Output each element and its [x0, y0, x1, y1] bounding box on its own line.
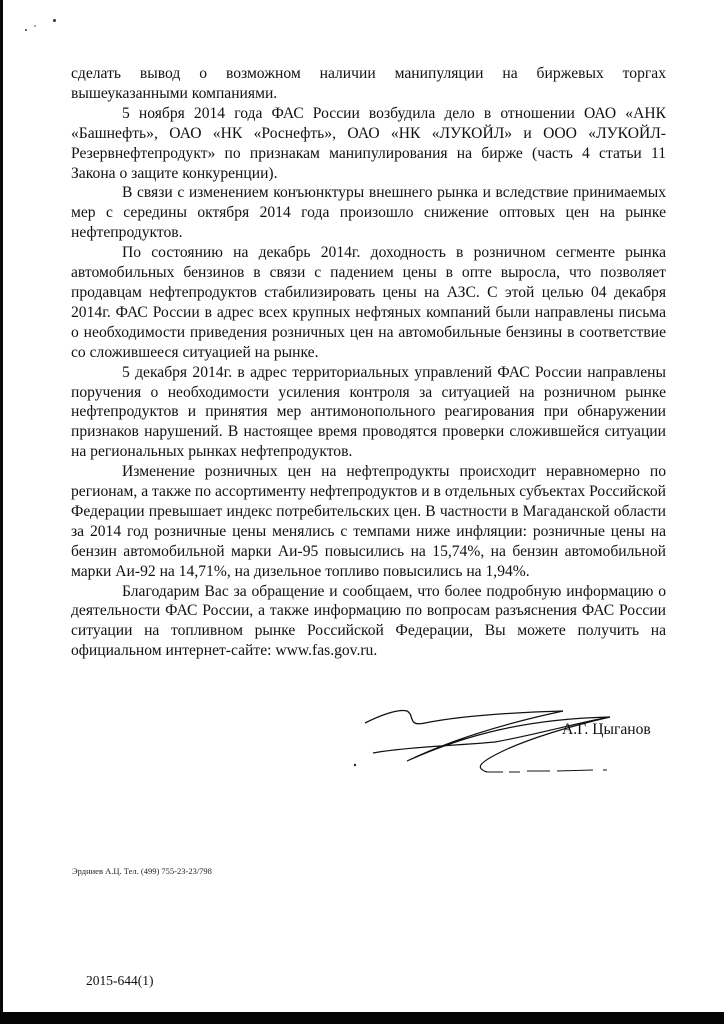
paragraph: По состоянию на декабрь 2014г. доходност… — [71, 243, 666, 362]
paragraph: Изменение розничных цен на нефтепродукты… — [71, 462, 666, 581]
signer-name: А.Г. Цыганов — [562, 721, 651, 739]
paragraph: 5 ноября 2014 года ФАС России возбудила … — [71, 104, 666, 184]
executor-contact: Эрдниев А.Ц. Тел. (499) 755-23-23/798 — [72, 866, 212, 876]
paragraph: В связи с изменением конъюнктуры внешнег… — [71, 183, 666, 243]
paragraph: сделать вывод о возможном наличии манипу… — [71, 64, 666, 104]
paragraph: 5 декабря 2014г. в адрес территориальных… — [71, 363, 666, 463]
document-number: 2015-644(1) — [86, 973, 154, 989]
letter-body: сделать вывод о возможном наличии манипу… — [71, 64, 666, 661]
scan-left-border — [0, 0, 3, 1024]
signature-block: А.Г. Цыганов — [345, 695, 685, 780]
scan-specks — [24, 14, 64, 34]
paragraph: Благодарим Вас за обращение и сообщаем, … — [71, 582, 666, 662]
scan-bottom-border — [0, 1012, 724, 1024]
